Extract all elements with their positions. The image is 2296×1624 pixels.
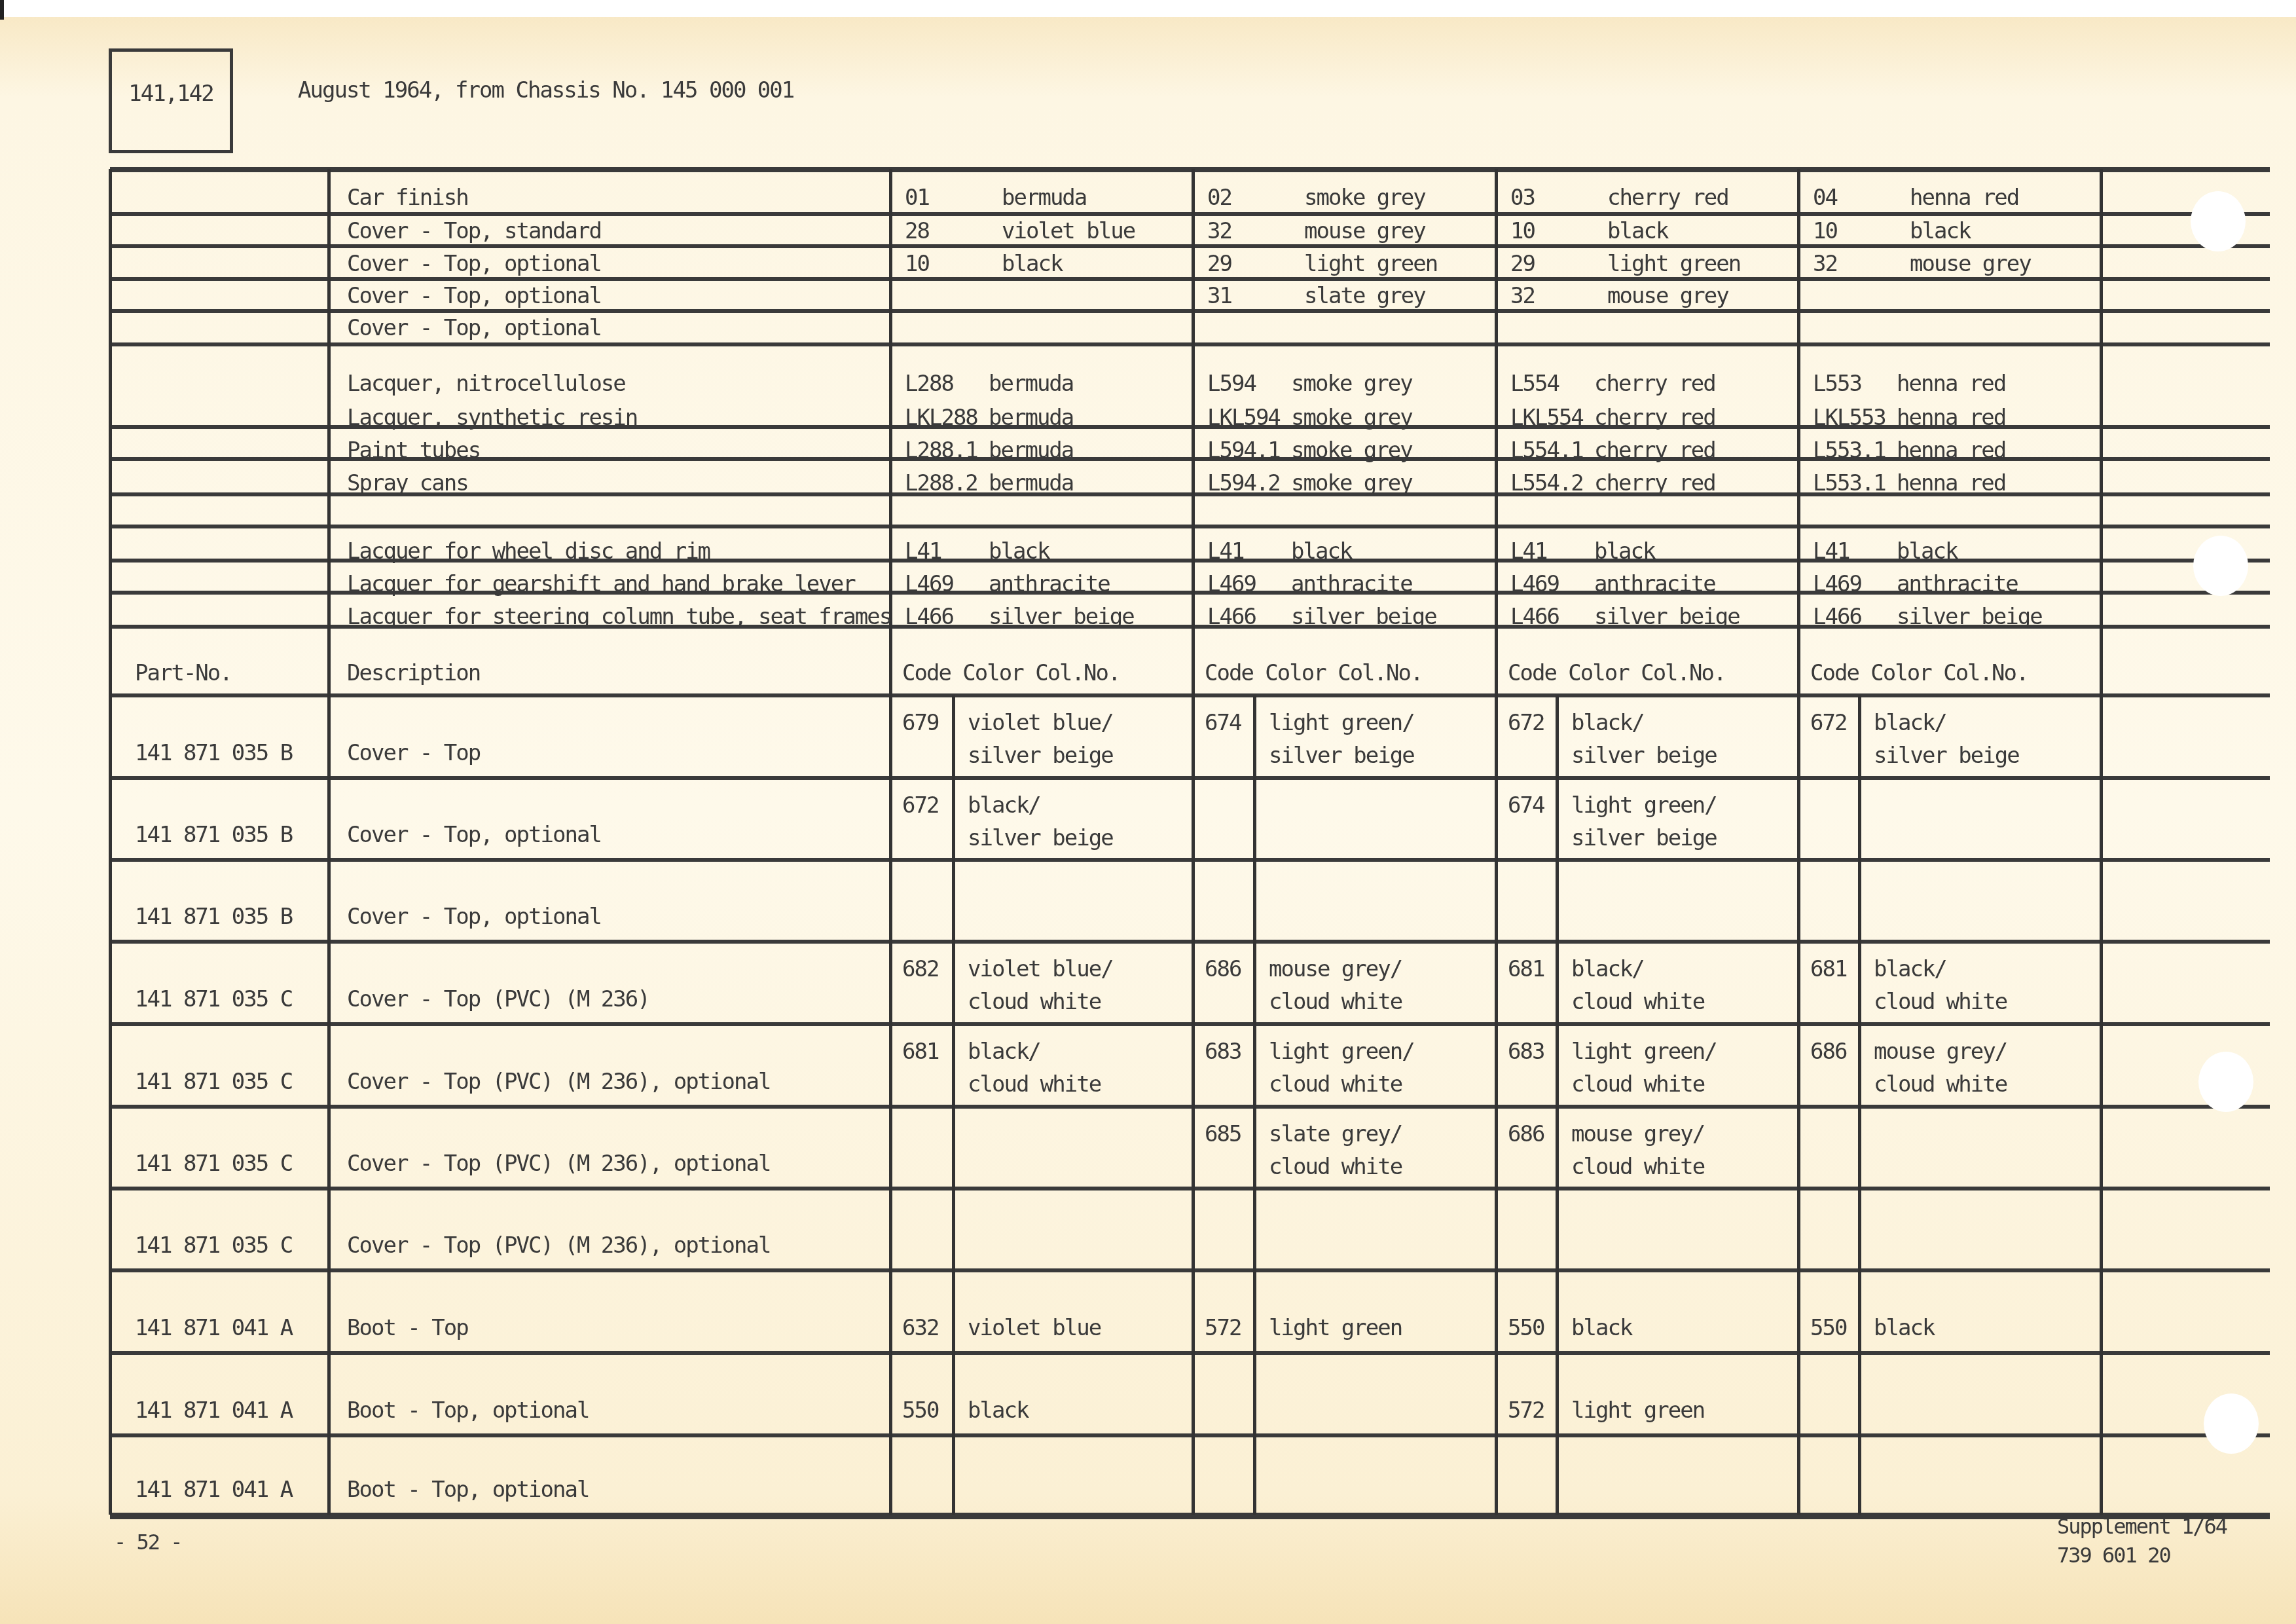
color-code: 672 <box>1508 710 1544 736</box>
color-name: silver beige <box>1571 743 1717 769</box>
page-title: August 1964, from Chassis No. 145 000 00… <box>298 77 793 103</box>
table-rule <box>110 212 2270 216</box>
finish-code: 32 <box>1207 218 1231 244</box>
color-code: 674 <box>1205 710 1241 736</box>
finish-code: LKL288 <box>905 405 977 431</box>
finish-color: cherry red <box>1594 405 1715 431</box>
part-number: 141 871 035 B <box>135 740 292 766</box>
finish-code: L288 <box>905 371 953 397</box>
part-number: 141 871 035 C <box>135 1232 292 1259</box>
finish-code: 28 <box>905 218 929 244</box>
finish-color: bermuda <box>989 405 1073 431</box>
finish-code: 10 <box>1510 218 1535 244</box>
table-rule <box>110 1105 2270 1109</box>
model-number: 141,142 <box>112 81 230 107</box>
color-code: 682 <box>902 956 938 982</box>
finish-color: smoke grey <box>1291 405 1412 431</box>
finish-color: smoke grey <box>1291 437 1412 464</box>
color-code: 572 <box>1508 1397 1544 1424</box>
table-column-rule <box>1495 169 1498 1515</box>
color-name: light green/ <box>1571 1039 1717 1065</box>
part-number: 141 871 041 A <box>135 1477 292 1503</box>
part-description: Boot - Top <box>347 1315 468 1341</box>
finish-row-label: Paint tubes <box>347 437 480 464</box>
color-name: black/ <box>1571 956 1644 982</box>
finish-code: L594.1 <box>1207 437 1280 464</box>
punch-hole <box>2191 191 2246 251</box>
page-top-edge <box>0 0 2296 17</box>
table-column-rule <box>952 695 955 1515</box>
scan-edge <box>0 0 4 20</box>
table-rule <box>110 1187 2270 1190</box>
part-number: 141 871 041 A <box>135 1315 292 1341</box>
color-name: violet blue/ <box>968 956 1113 982</box>
table-rule <box>110 167 2270 172</box>
color-code: 674 <box>1508 792 1544 819</box>
finish-color: mouse grey <box>1910 251 2031 277</box>
finish-code: L41 <box>1510 538 1546 564</box>
finish-code: L553.1 <box>1813 470 1886 496</box>
finish-code: L594 <box>1207 371 1256 397</box>
finish-color: cherry red <box>1594 470 1715 496</box>
finish-code: L469 <box>905 571 953 597</box>
part-description: Cover - Top, optional <box>347 904 601 930</box>
finish-color: silver beige <box>1594 604 1740 630</box>
finish-row-label: Cover - Top, optional <box>347 315 601 341</box>
finish-code: 32 <box>1510 283 1535 309</box>
finish-code: 01 <box>905 185 929 211</box>
color-name: cloud white <box>968 989 1101 1015</box>
part-number: 141 871 035 C <box>135 1151 292 1177</box>
finish-row-label: Cover - Top, standard <box>347 218 601 244</box>
finish-code: 03 <box>1510 185 1535 211</box>
finish-color: mouse grey <box>1607 283 1728 309</box>
color-code: 683 <box>1205 1039 1241 1065</box>
color-name: cloud white <box>1874 989 2007 1015</box>
color-code: 572 <box>1205 1315 1241 1341</box>
finish-code: L553 <box>1813 371 1861 397</box>
finish-color: cherry red <box>1607 185 1728 211</box>
table-rule <box>110 1351 2270 1355</box>
color-name: cloud white <box>1874 1071 2007 1098</box>
finish-color: cherry red <box>1594 437 1715 464</box>
color-code: 683 <box>1508 1039 1544 1065</box>
color-name: black <box>1874 1315 1934 1341</box>
part-description: Cover - Top (PVC) (M 236), optional <box>347 1069 770 1095</box>
finish-code: LKL594 <box>1207 405 1280 431</box>
color-name: cloud white <box>1269 1154 1402 1180</box>
finish-code: LKL554 <box>1510 405 1583 431</box>
column-header-description: Description <box>347 660 480 686</box>
finish-code: LKL553 <box>1813 405 1886 431</box>
table-rule <box>110 776 2270 780</box>
part-number: 141 871 041 A <box>135 1397 292 1424</box>
finish-color: bermuda <box>989 437 1073 464</box>
finish-color: black <box>1897 538 1957 564</box>
finish-code: L469 <box>1813 571 1861 597</box>
finish-color: black <box>1002 251 1062 277</box>
finish-color: black <box>1607 218 1667 244</box>
document-number: 739 601 20 <box>2057 1543 2170 1568</box>
color-code: 550 <box>1508 1315 1544 1341</box>
finish-row-label: Spray cans <box>347 470 468 496</box>
column-header-code-color: Code Color Col.No. <box>1810 660 2028 686</box>
color-code: 686 <box>1810 1039 1846 1065</box>
model-box: 141,142 <box>109 48 233 153</box>
part-number: 141 871 035 C <box>135 986 292 1012</box>
color-name: cloud white <box>1269 989 1402 1015</box>
finish-code: L466 <box>1813 604 1861 630</box>
finish-color: smoke grey <box>1304 185 1425 211</box>
table-rule <box>110 1513 2270 1519</box>
finish-code: L288.2 <box>905 470 977 496</box>
color-name: mouse grey/ <box>1269 956 1402 982</box>
color-name: cloud white <box>1571 989 1704 1015</box>
table-rule <box>110 309 2270 313</box>
finish-color: cherry red <box>1594 371 1715 397</box>
finish-code: L553.1 <box>1813 437 1886 464</box>
finish-color: anthracite <box>1291 571 1412 597</box>
part-number: 141 871 035 C <box>135 1069 292 1095</box>
color-code: 681 <box>1810 956 1846 982</box>
color-name: silver beige <box>1874 743 2019 769</box>
color-name: violet blue/ <box>968 710 1113 736</box>
part-description: Cover - Top (PVC) (M 236), optional <box>347 1151 770 1177</box>
color-code: 672 <box>1810 710 1846 736</box>
finish-color: silver beige <box>1291 604 1436 630</box>
finish-color: light green <box>1304 251 1437 277</box>
finish-color: henna red <box>1897 405 2005 431</box>
finish-color: bermuda <box>989 470 1073 496</box>
table-rule <box>110 277 2270 281</box>
table-column-rule <box>889 169 892 1515</box>
finish-code: L554.1 <box>1510 437 1583 464</box>
finish-code: L41 <box>1207 538 1243 564</box>
finish-color: smoke grey <box>1291 371 1412 397</box>
color-code: 550 <box>1810 1315 1846 1341</box>
table-rule <box>110 858 2270 862</box>
page-number: - 52 - <box>114 1530 182 1555</box>
finish-code: 02 <box>1207 185 1231 211</box>
finish-color: henna red <box>1897 470 2005 496</box>
finish-color: anthracite <box>1897 571 2018 597</box>
finish-color: light green <box>1607 251 1740 277</box>
finish-code: L288.1 <box>905 437 977 464</box>
color-name: light green/ <box>1571 792 1717 819</box>
part-description: Cover - Top (PVC) (M 236) <box>347 986 649 1012</box>
punch-hole <box>2193 536 2248 596</box>
color-name: silver beige <box>1571 825 1717 851</box>
finish-color: mouse grey <box>1304 218 1425 244</box>
color-name: silver beige <box>1269 743 1414 769</box>
finish-color: violet blue <box>1002 218 1135 244</box>
finish-code: L594.2 <box>1207 470 1280 496</box>
finish-color: slate grey <box>1304 283 1425 309</box>
finish-code: L466 <box>1510 604 1559 630</box>
color-name: light green/ <box>1269 1039 1414 1065</box>
finish-color: black <box>1594 538 1654 564</box>
color-code: 672 <box>902 792 938 819</box>
table-rule <box>110 1433 2270 1437</box>
column-header-code-color: Code Color Col.No. <box>1205 660 1422 686</box>
finish-row-label: Cover - Top, optional <box>347 251 601 277</box>
finish-row-label: Lacquer for wheel disc and rim <box>347 538 710 564</box>
finish-color: smoke grey <box>1291 470 1412 496</box>
supplement-label: Supplement 1/64 <box>2057 1514 2227 1539</box>
finish-row-label: Car finish <box>347 185 468 211</box>
finish-code: L466 <box>905 604 953 630</box>
finish-color: bermuda <box>1002 185 1086 211</box>
table-column-rule <box>2100 169 2103 1515</box>
finish-color: anthracite <box>989 571 1110 597</box>
finish-color: black <box>1910 218 1970 244</box>
table-column-rule <box>1192 169 1195 1515</box>
color-name: cloud white <box>1269 1071 1402 1098</box>
color-code: 632 <box>902 1315 938 1341</box>
color-code: 550 <box>902 1397 938 1424</box>
finish-code: 10 <box>905 251 929 277</box>
finish-row-label: Cover - Top, optional <box>347 283 601 309</box>
part-number: 141 871 035 B <box>135 904 292 930</box>
table-rule <box>110 525 2270 528</box>
color-code: 681 <box>1508 956 1544 982</box>
finish-color: henna red <box>1910 185 2018 211</box>
finish-code: L41 <box>1813 538 1849 564</box>
color-name: cloud white <box>968 1071 1101 1098</box>
table-column-rule <box>109 169 112 1515</box>
finish-code: L469 <box>1207 571 1256 597</box>
color-name: light green <box>1571 1397 1704 1424</box>
color-code: 686 <box>1205 956 1241 982</box>
finish-code: 29 <box>1207 251 1231 277</box>
finish-code: L466 <box>1207 604 1256 630</box>
finish-color: henna red <box>1897 437 2005 464</box>
color-name: black <box>1571 1315 1631 1341</box>
part-description: Cover - Top, optional <box>347 822 601 848</box>
punch-hole <box>2198 1052 2253 1112</box>
color-name: mouse grey/ <box>1874 1039 2007 1065</box>
punch-hole <box>2204 1393 2259 1454</box>
color-name: cloud white <box>1571 1154 1704 1180</box>
color-name: mouse grey/ <box>1571 1121 1704 1147</box>
finish-row-label: Lacquer for steering column tube, seat f… <box>347 604 891 630</box>
finish-row-label: Lacquer, nitrocellulose <box>347 371 625 397</box>
color-code: 686 <box>1508 1121 1544 1147</box>
part-description: Boot - Top, optional <box>347 1397 589 1424</box>
color-name: silver beige <box>968 825 1113 851</box>
color-name: silver beige <box>968 743 1113 769</box>
finish-color: anthracite <box>1594 571 1715 597</box>
finish-color: silver beige <box>1897 604 2042 630</box>
column-header-part-no: Part-No. <box>135 660 232 686</box>
finish-color: bermuda <box>989 371 1073 397</box>
finish-code: 32 <box>1813 251 1837 277</box>
finish-code: 10 <box>1813 218 1837 244</box>
finish-code: 29 <box>1510 251 1535 277</box>
color-name: light green <box>1269 1315 1402 1341</box>
finish-code: L469 <box>1510 571 1559 597</box>
color-name: black/ <box>968 1039 1040 1065</box>
color-name: black/ <box>1874 956 1946 982</box>
table-column-rule <box>1858 695 1861 1515</box>
finish-code: L554 <box>1510 371 1559 397</box>
table-rule <box>110 1022 2270 1026</box>
finish-code: L554.2 <box>1510 470 1583 496</box>
column-header-code-color: Code Color Col.No. <box>902 660 1120 686</box>
finish-row-label: Lacquer for gearshift and hand brake lev… <box>347 571 855 597</box>
color-name: slate grey/ <box>1269 1121 1402 1147</box>
finish-code: L41 <box>905 538 941 564</box>
table-rule <box>110 693 2270 697</box>
color-name: light green/ <box>1269 710 1414 736</box>
column-header-code-color: Code Color Col.No. <box>1508 660 1725 686</box>
table-rule <box>110 342 2270 346</box>
table-column-rule <box>1556 695 1559 1515</box>
finish-color: henna red <box>1897 371 2005 397</box>
finish-color: silver beige <box>989 604 1134 630</box>
finish-row-label: Lacquer, synthetic resin <box>347 405 637 431</box>
part-number: 141 871 035 B <box>135 822 292 848</box>
finish-code: 31 <box>1207 283 1231 309</box>
color-name: cloud white <box>1571 1071 1704 1098</box>
table-rule <box>110 1268 2270 1272</box>
table-rule <box>110 244 2270 248</box>
part-description: Cover - Top (PVC) (M 236), optional <box>347 1232 770 1259</box>
table-column-rule <box>1797 169 1800 1515</box>
color-name: black/ <box>1571 710 1644 736</box>
color-name: black/ <box>968 792 1040 819</box>
color-name: black/ <box>1874 710 1946 736</box>
table-rule <box>110 940 2270 944</box>
color-code: 685 <box>1205 1121 1241 1147</box>
color-name: black <box>968 1397 1028 1424</box>
table-column-rule <box>1253 695 1256 1515</box>
table-column-rule <box>327 169 331 1515</box>
part-description: Cover - Top <box>347 740 480 766</box>
finish-color: black <box>989 538 1049 564</box>
finish-color: black <box>1291 538 1351 564</box>
color-code: 681 <box>902 1039 938 1065</box>
finish-code: 04 <box>1813 185 1837 211</box>
color-code: 679 <box>902 710 938 736</box>
color-name: violet blue <box>968 1315 1101 1341</box>
part-description: Boot - Top, optional <box>347 1477 589 1503</box>
